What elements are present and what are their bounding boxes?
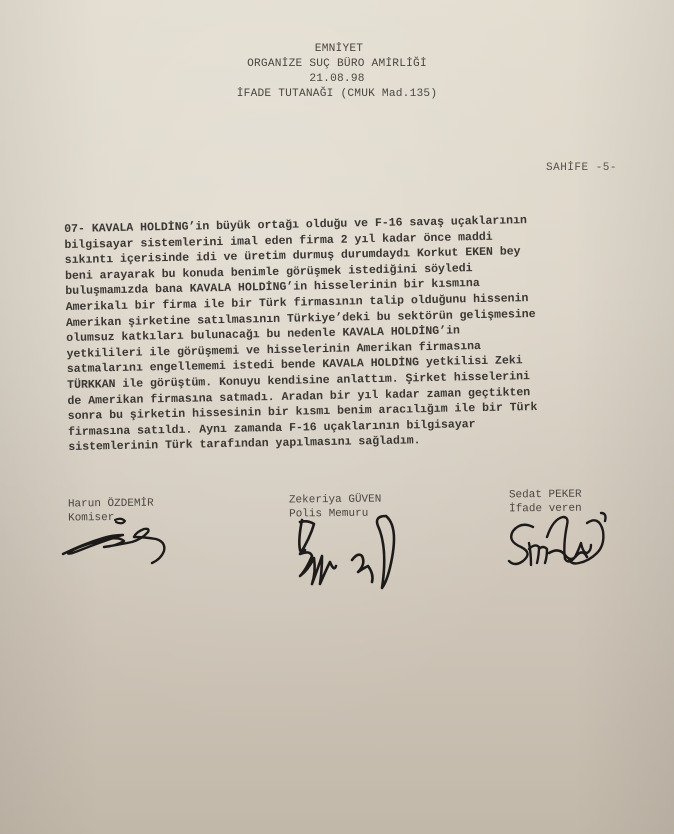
header-title: İFADE TUTANAĞI (CMUK Mad.135) xyxy=(0,87,674,102)
document-header: EMNİYET ORGANİZE SUÇ BÜRO AMİRLİĞİ 21.08… xyxy=(0,42,674,102)
header-date: 21.08.98 xyxy=(0,72,674,87)
signature-deponent xyxy=(505,505,615,585)
signatory-name: Sedat PEKER xyxy=(509,488,582,503)
header-agency: EMNİYET xyxy=(4,42,674,57)
signatory-name: Zekeriya GÜVEN xyxy=(289,493,382,508)
page-number: SAHİFE -5- xyxy=(546,162,617,174)
signature-commissioner xyxy=(55,508,195,568)
header-department: ORGANİZE SUÇ BÜRO AMİRLİĞİ xyxy=(0,57,674,72)
signature-police-officer xyxy=(290,510,410,600)
statement-body: 07- KAVALA HOLDİNG’in büyük ortağı olduğ… xyxy=(64,210,668,455)
